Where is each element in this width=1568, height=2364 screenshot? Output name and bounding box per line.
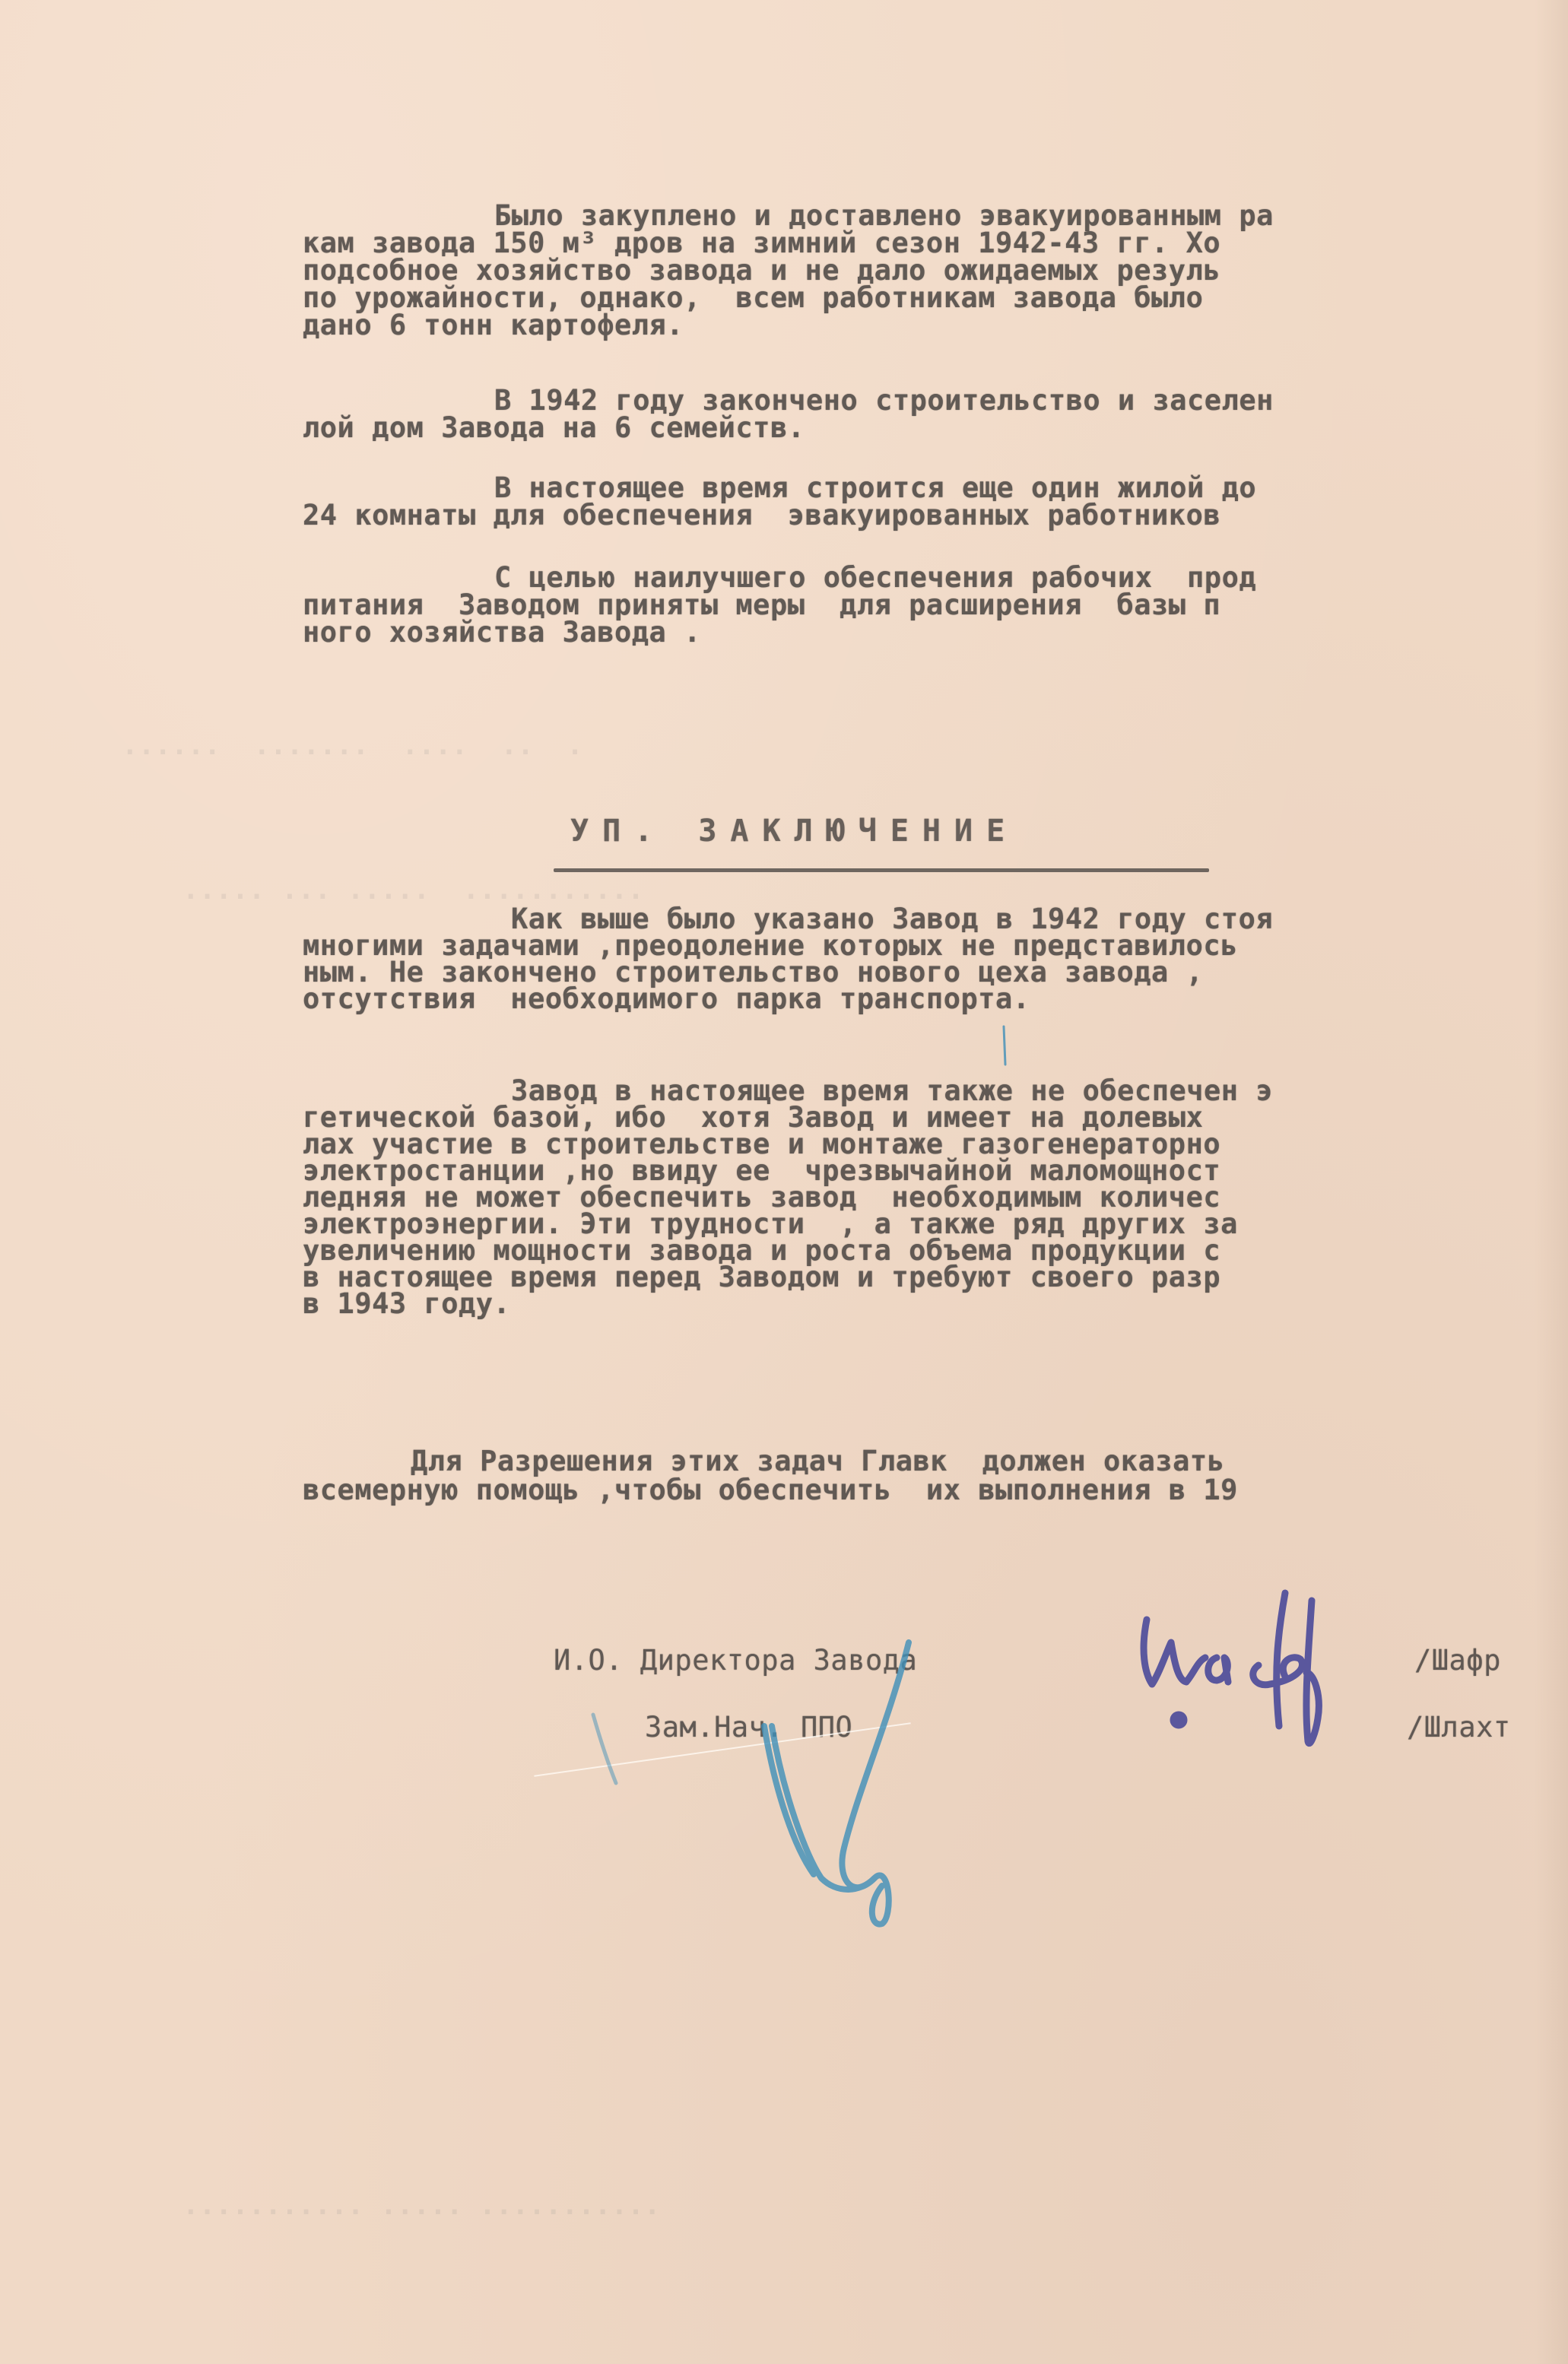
blue-pencil-check-icon	[593, 1027, 1005, 1925]
handwritten-annotations	[0, 0, 1568, 2364]
page-edge-shadow	[1535, 0, 1568, 2364]
ink-signature-icon	[1144, 1593, 1319, 1744]
document-page: . .. .... ....... ...... ........... ...…	[0, 0, 1568, 2364]
